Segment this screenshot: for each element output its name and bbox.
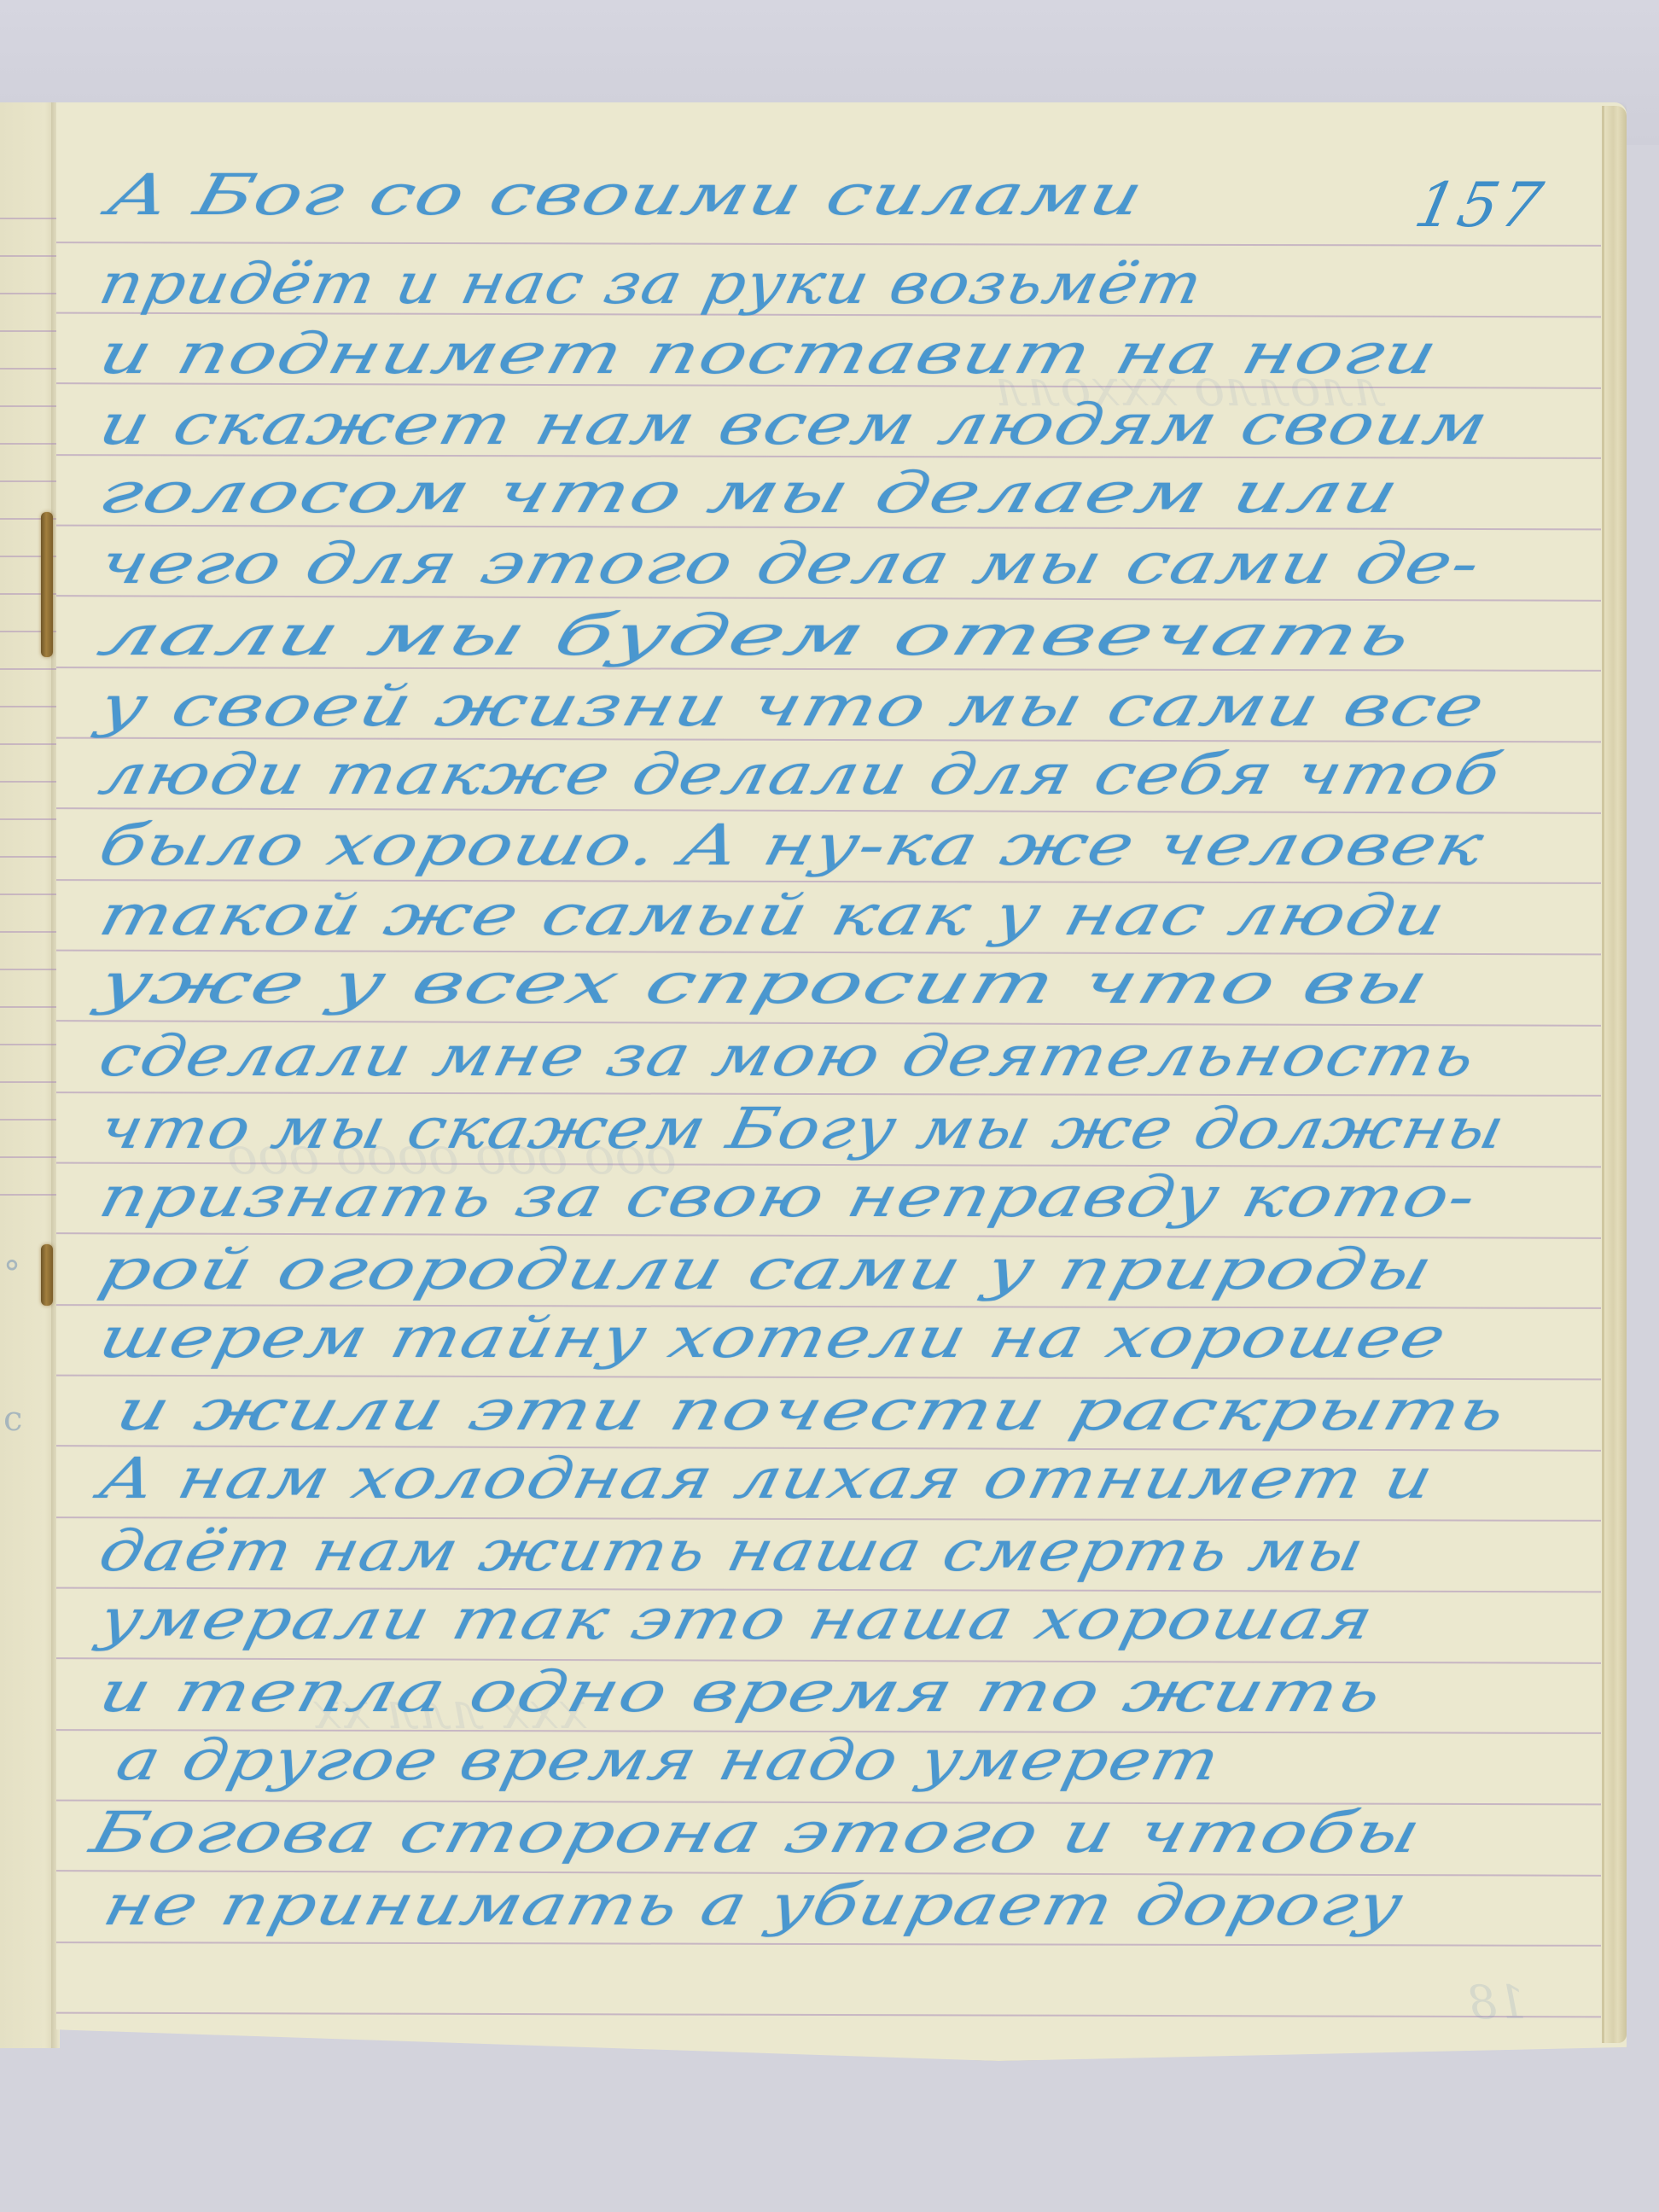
facing-ruled-line [0, 856, 56, 858]
handwritten-line: лали мы будем отвечать [92, 608, 1419, 664]
page-stack-edge [1602, 106, 1627, 2043]
facing-page-ink-trace: ° [3, 1254, 20, 1294]
handwritten-line: и поднимет поставит на ноги [94, 326, 1444, 382]
facing-ruled-line [0, 1156, 56, 1158]
facing-ruled-line [0, 405, 56, 407]
handwritten-line: и скажет нам всем людям своим [94, 397, 1493, 453]
facing-ruled-line [0, 668, 56, 670]
handwritten-line: даёт нам жить наша смерть мы [95, 1523, 1370, 1580]
handwritten-line: люди также делали для себя чтоб [95, 747, 1506, 803]
handwritten-line: у своей жизни что мы сами все [94, 678, 1491, 735]
facing-ruled-line [0, 293, 56, 294]
handwritten-line: чего для этого дела мы сами де- [94, 536, 1486, 592]
handwritten-line: шерем тайну хотели на хорошее [94, 1310, 1452, 1366]
facing-ruled-line [0, 1044, 56, 1045]
handwritten-line: такой же самый как у нас люди [94, 888, 1451, 944]
handwritten-line: не принимать а убирает дорогу [99, 1877, 1409, 1934]
handwritten-line: Богова сторона этого и чтобы [85, 1805, 1427, 1861]
facing-ruled-line [0, 1081, 56, 1083]
facing-ruled-line [0, 1194, 56, 1196]
handwritten-line: а другое время надо умерет [112, 1732, 1225, 1789]
handwritten-line: А Бог со своими силами [102, 167, 1150, 224]
handwritten-line: придёт и нас за руки возьмёт [95, 256, 1208, 312]
handwritten-line: рой огородили сами у природы [94, 1242, 1439, 1298]
ruled-line [56, 2012, 1601, 2018]
facing-ruled-line [0, 480, 56, 482]
facing-ruled-line [0, 781, 56, 783]
page-number: 157 [1409, 169, 1551, 241]
facing-page-edge [0, 102, 56, 2048]
facing-ruled-line [0, 443, 56, 445]
handwritten-line: было хорошо. А ну-ка же человек [94, 818, 1489, 874]
facing-ruled-line [0, 1006, 56, 1008]
handwritten-line: и тепла одно время то жить [94, 1664, 1388, 1720]
handwritten-line: и жили эти почести раскрыть [111, 1382, 1512, 1439]
staple-top [41, 512, 53, 657]
ruled-line [56, 1941, 1601, 1947]
handwritten-line: что мы скажем Богу мы же должны [95, 1101, 1510, 1157]
ruled-line [56, 242, 1601, 247]
handwritten-line: сделали мне за мою деятельность [95, 1028, 1481, 1085]
facing-ruled-line [0, 1119, 56, 1121]
handwritten-line: признать за свою неправду кото- [94, 1169, 1481, 1225]
facing-ruled-line [0, 706, 56, 707]
facing-ruled-line [0, 931, 56, 933]
facing-ruled-line [0, 894, 56, 895]
facing-ruled-line [0, 218, 56, 219]
show-through-page-number: 18 [1468, 1976, 1527, 2029]
handwritten-line: голосом что мы делаем или [93, 465, 1406, 521]
ruled-line [56, 2082, 1601, 2089]
handwritten-line: А нам холодная лихая отнимет и [95, 1451, 1439, 1507]
facing-ruled-line [0, 818, 56, 820]
facing-ruled-line [0, 368, 56, 370]
facing-page-ink-trace: c [3, 1400, 22, 1439]
handwritten-line: умерали так это наша хорошая [95, 1592, 1379, 1648]
facing-ruled-line [0, 969, 56, 970]
facing-ruled-line [0, 255, 56, 257]
facing-ruled-line [0, 743, 56, 745]
handwritten-line: уже у всех спросит что вы [93, 956, 1435, 1012]
facing-ruled-line [0, 330, 56, 332]
staple-bottom [41, 1244, 53, 1306]
